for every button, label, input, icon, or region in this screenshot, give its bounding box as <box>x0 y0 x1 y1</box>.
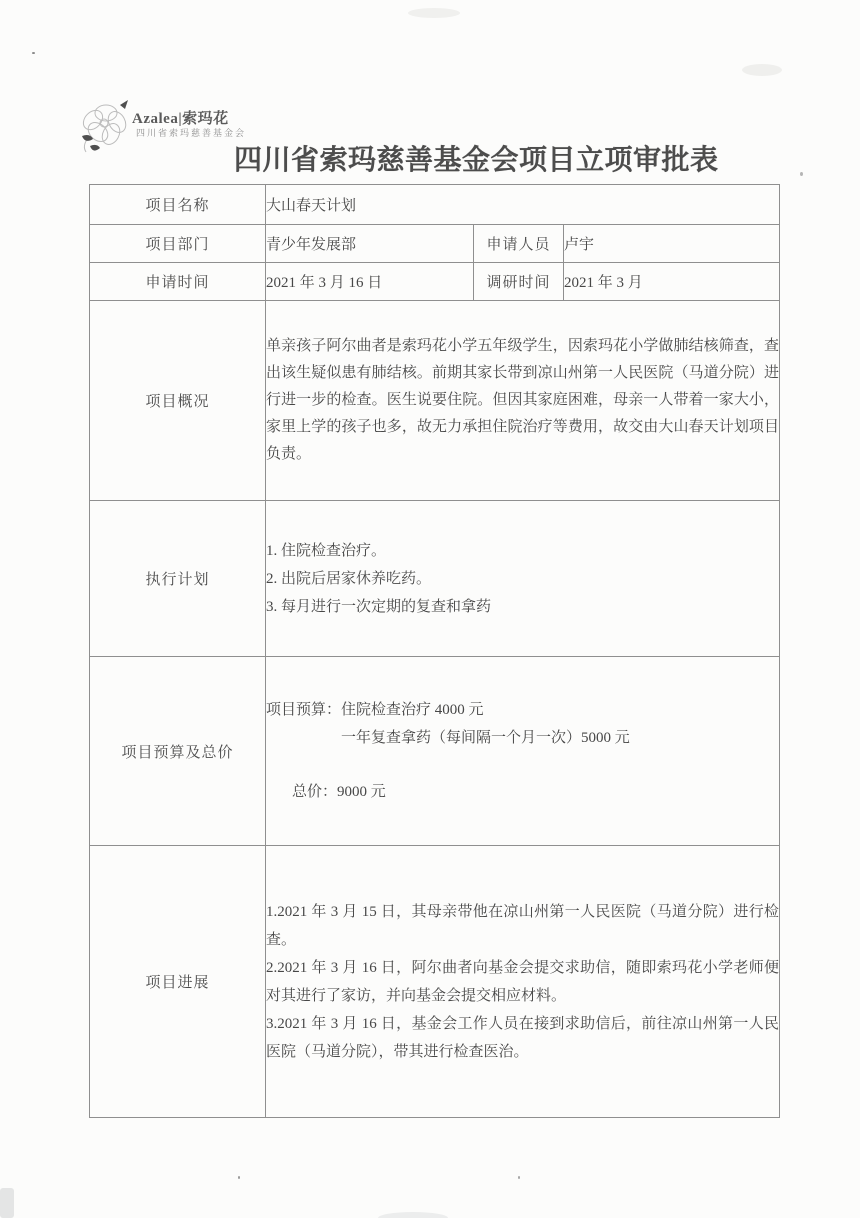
applicant-label: 申请人员 <box>474 225 564 263</box>
overview-paragraph: 单亲孩子阿尔曲者是索玛花小学五年级学生，因索玛花小学做肺结核筛查，查出该生疑似患… <box>266 333 779 468</box>
project-name-label: 项目名称 <box>90 185 266 225</box>
budget-total: 总价：9000 元 <box>292 778 779 806</box>
progress-label: 项目进展 <box>90 846 266 1118</box>
apply-time-value: 2021 年 3 月 16 日 <box>266 263 474 301</box>
page-title: 四川省索玛慈善基金会项目立项审批表 <box>234 138 694 178</box>
progress-value: 1.2021 年 3 月 15 日，其母亲带他在凉山州第一人民医院（马道分院）进… <box>266 846 780 1118</box>
scan-speck <box>518 1176 520 1179</box>
project-name-value: 大山春天计划 <box>266 185 780 225</box>
table-row-progress: 项目进展 1.2021 年 3 月 15 日，其母亲带他在凉山州第一人民医院（马… <box>90 846 780 1118</box>
table-row-department: 项目部门 青少年发展部 申请人员 卢宇 <box>90 225 780 263</box>
plan-label: 执行计划 <box>90 501 266 657</box>
overview-value: 单亲孩子阿尔曲者是索玛花小学五年级学生，因索玛花小学做肺结核筛查，查出该生疑似患… <box>266 301 780 501</box>
camellia-flower-sketch-icon <box>78 98 136 154</box>
plan-item-1: 1. 住院检查治疗。 <box>266 537 779 565</box>
scan-smudge <box>408 8 460 18</box>
scan-speck <box>238 1176 240 1179</box>
scan-speck <box>800 172 803 176</box>
table-row-apply-time: 申请时间 2021 年 3 月 16 日 调研时间 2021 年 3 月 <box>90 263 780 301</box>
table-row-plan: 执行计划 1. 住院检查治疗。 2. 出院后居家休养吃药。 3. 每月进行一次定… <box>90 501 780 657</box>
department-value: 青少年发展部 <box>266 225 474 263</box>
progress-item-2: 2.2021 年 3 月 16 日，阿尔曲者向基金会提交求助信，随即索玛花小学老… <box>266 954 779 1010</box>
budget-label: 项目预算及总价 <box>90 657 266 846</box>
department-label: 项目部门 <box>90 225 266 263</box>
scan-smudge <box>742 64 782 76</box>
scan-smudge <box>0 1188 14 1218</box>
budget-value: 项目预算：住院检查治疗 4000 元 一年复查拿药（每间隔一个月一次）5000 … <box>266 657 780 846</box>
plan-item-2: 2. 出院后居家休养吃药。 <box>266 565 779 593</box>
plan-item-3: 3. 每月进行一次定期的复查和拿药 <box>266 593 779 621</box>
table-row-overview: 项目概况 单亲孩子阿尔曲者是索玛花小学五年级学生，因索玛花小学做肺结核筛查，查出… <box>90 301 780 501</box>
progress-item-1: 1.2021 年 3 月 15 日，其母亲带他在凉山州第一人民医院（马道分院）进… <box>266 898 779 954</box>
logo-org-text: 四川省索玛慈善基金会 <box>136 126 246 139</box>
plan-value: 1. 住院检查治疗。 2. 出院后居家休养吃药。 3. 每月进行一次定期的复查和… <box>266 501 780 657</box>
table-row-project-name: 项目名称 大山春天计划 <box>90 185 780 225</box>
budget-line-recheck: 一年复查拿药（每间隔一个月一次）5000 元 <box>341 724 779 752</box>
approval-form-table: 项目名称 大山春天计划 项目部门 青少年发展部 申请人员 卢宇 申请时间 202… <box>89 184 780 1118</box>
scan-speck <box>32 52 35 54</box>
apply-time-label: 申请时间 <box>90 263 266 301</box>
budget-line-hospital: 项目预算：住院检查治疗 4000 元 <box>266 696 779 724</box>
scan-smudge <box>378 1212 448 1218</box>
overview-label: 项目概况 <box>90 301 266 501</box>
applicant-value: 卢宇 <box>564 225 780 263</box>
research-time-label: 调研时间 <box>474 263 564 301</box>
research-time-value: 2021 年 3 月 <box>564 263 780 301</box>
table-row-budget: 项目预算及总价 项目预算：住院检查治疗 4000 元 一年复查拿药（每间隔一个月… <box>90 657 780 846</box>
progress-item-3: 3.2021 年 3 月 16 日，基金会工作人员在接到求助信后，前往凉山州第一… <box>266 1010 779 1066</box>
logo-brand-text: Azalea|索玛花 <box>132 107 229 128</box>
